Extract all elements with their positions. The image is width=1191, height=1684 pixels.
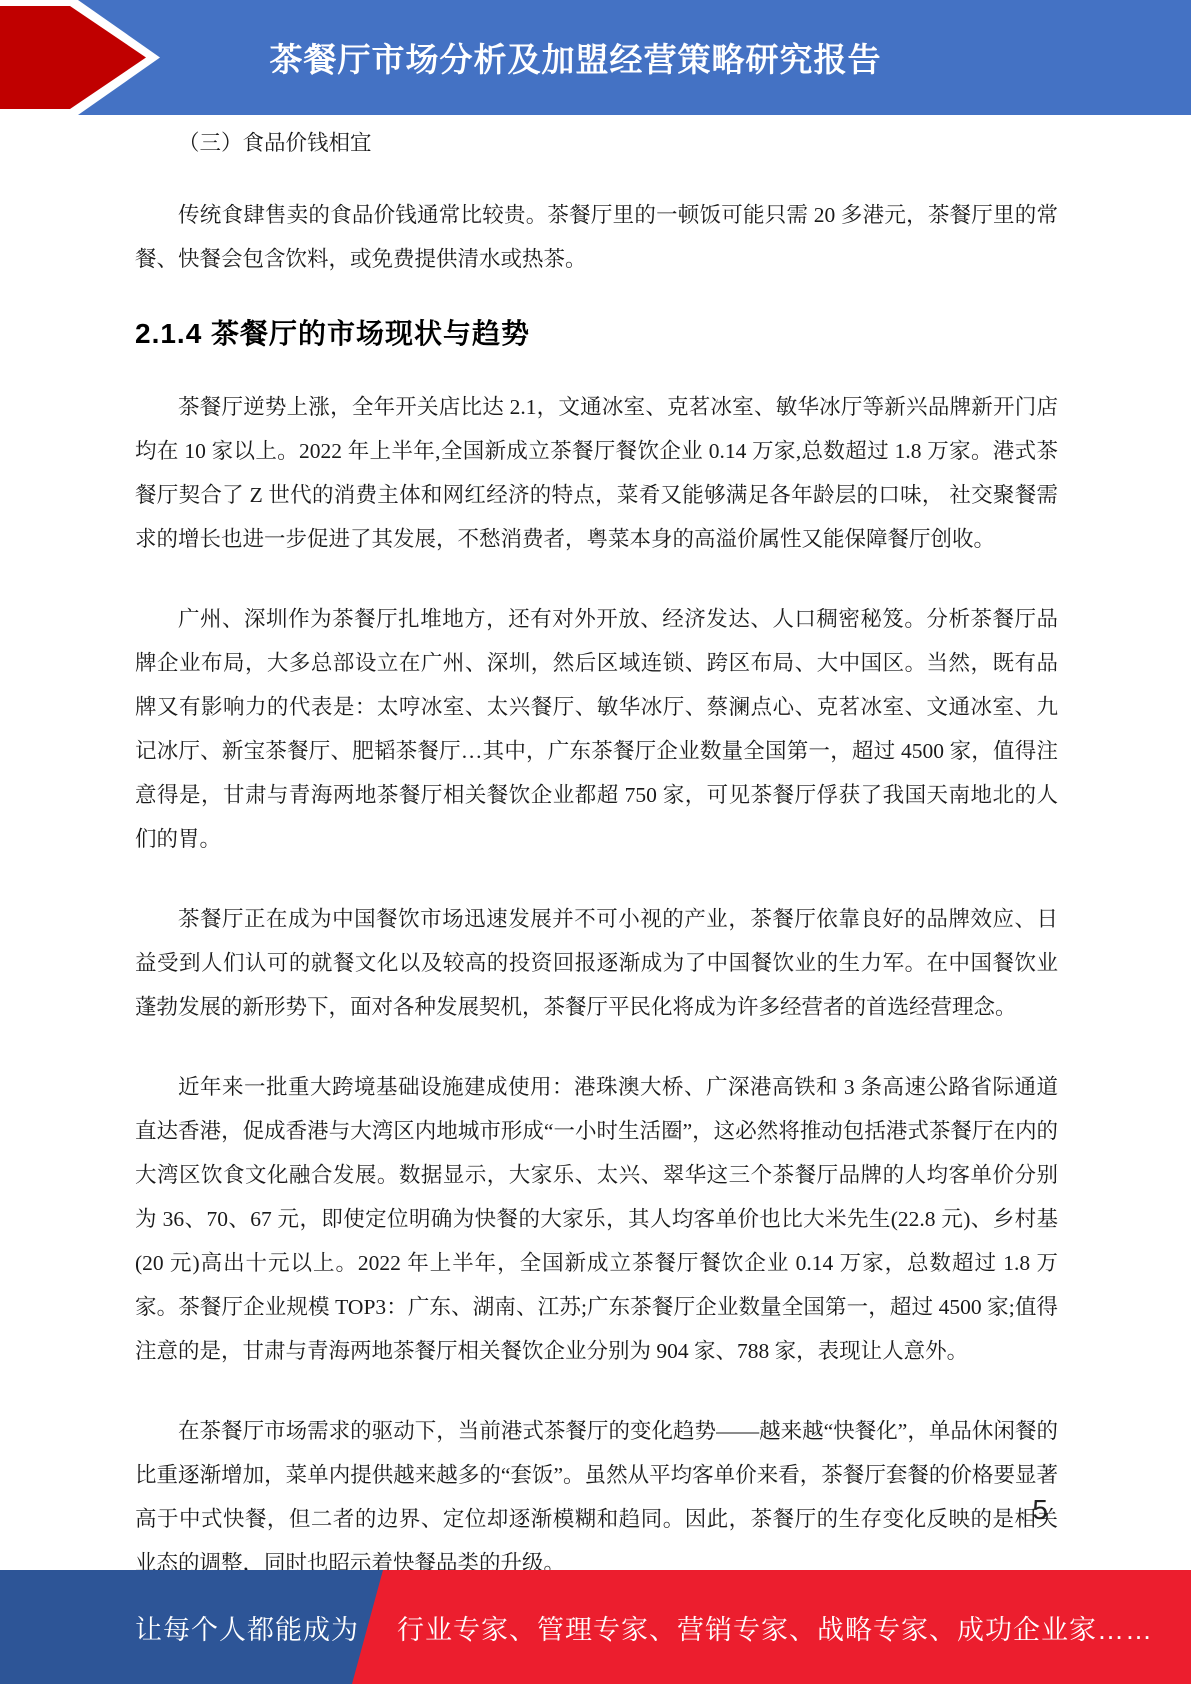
footer-slogan-left: 让每个人都能成为	[135, 1570, 359, 1684]
body-paragraph: 茶餐厅逆势上涨，全年开关店比达 2.1，文通冰室、克茗冰室、敏华冰厅等新兴品牌新…	[135, 385, 1058, 561]
footer-banner: 让每个人都能成为 行业专家、管理专家、营销专家、战略专家、成功企业家……	[0, 1570, 1191, 1684]
document-page: 茶餐厅市场分析及加盟经营策略研究报告 （三）食品价钱相宜 传统食肆售卖的食品价钱…	[0, 0, 1191, 1684]
footer-slogan-right: 行业专家、管理专家、营销专家、战略专家、成功企业家……	[397, 1570, 1153, 1684]
header-banner: 茶餐厅市场分析及加盟经营策略研究报告	[0, 0, 1191, 115]
section-heading: 2.1.4 茶餐厅的市场现状与趋势	[135, 315, 1058, 353]
body-paragraph: 在茶餐厅市场需求的驱动下，当前港式茶餐厅的变化趋势——越来越“快餐化”，单品休闲…	[135, 1409, 1058, 1585]
intro-paragraph: 传统食肆售卖的食品价钱通常比较贵。茶餐厅里的一顿饭可能只需 20 多港元，茶餐厅…	[135, 193, 1058, 281]
subsection-heading: （三）食品价钱相宜	[135, 121, 1058, 165]
document-body: （三）食品价钱相宜 传统食肆售卖的食品价钱通常比较贵。茶餐厅里的一顿饭可能只需 …	[135, 121, 1058, 1585]
body-paragraph: 近年来一批重大跨境基础设施建成使用：港珠澳大桥、广深港高铁和 3 条高速公路省际…	[135, 1065, 1058, 1373]
body-paragraph: 广州、深圳作为茶餐厅扎堆地方，还有对外开放、经济发达、人口稠密秘笈。分析茶餐厅品…	[135, 597, 1058, 861]
body-paragraph: 茶餐厅正在成为中国餐饮市场迅速发展并不可小视的产业，茶餐厅依靠良好的品牌效应、日…	[135, 897, 1058, 1029]
page-number: 5	[1032, 1494, 1048, 1526]
report-title: 茶餐厅市场分析及加盟经营策略研究报告	[0, 0, 1151, 115]
